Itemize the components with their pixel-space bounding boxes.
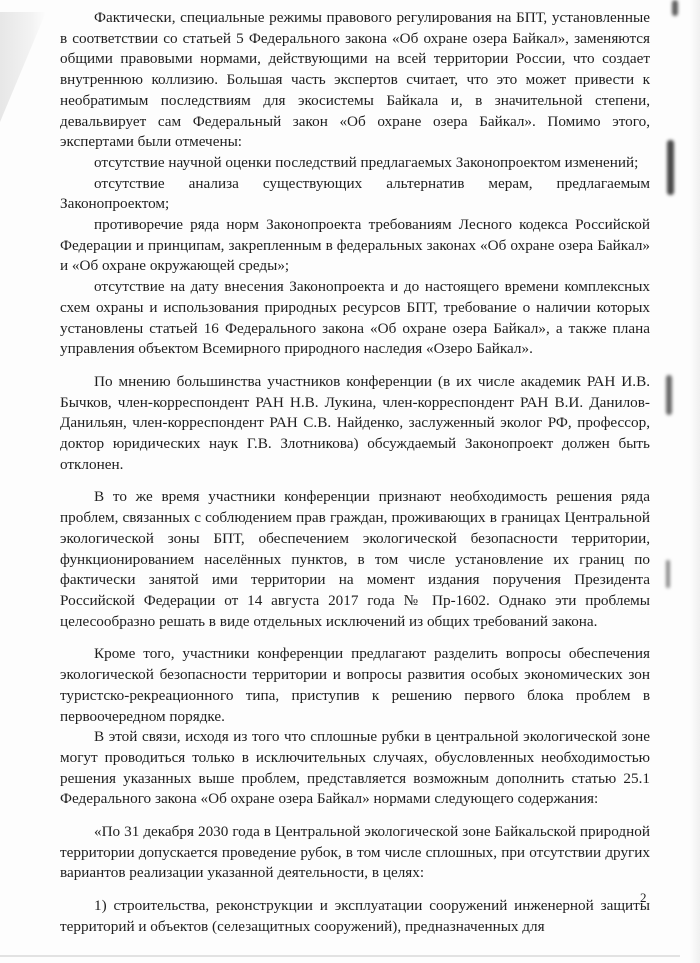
paragraph-special-regimes: Фактически, специальные режимы правового… (60, 8, 650, 153)
document-body: Фактически, специальные режимы правового… (60, 8, 650, 938)
paragraph-amendment-proposal: В этой связи, исходя из того что сплошны… (60, 727, 650, 810)
paragraph-quoted-norm: «По 31 декабря 2030 года в Центральной э… (60, 822, 650, 884)
list-item-no-alternatives-analysis: отсутствие анализа существующих альтерна… (60, 174, 650, 215)
paragraph-majority-opinion: По мнению большинства участников конфере… (60, 372, 650, 476)
scan-smudge (666, 375, 672, 415)
scan-bottom-edge (0, 955, 680, 957)
scan-edge-shadow (690, 0, 700, 963)
page-number: 2 (640, 890, 647, 906)
list-item-no-scientific-assessment: отсутствие научной оценки последствий пр… (60, 153, 650, 174)
list-item-no-complex-schemes: отсутствие на дату внесения Законопроект… (60, 277, 650, 360)
scan-smudge (672, 0, 678, 16)
scan-smudge (667, 140, 674, 195)
document-page: Фактически, специальные режимы правового… (0, 0, 700, 963)
scan-fold-artifact (0, 12, 46, 122)
paragraph-participants-propose: Кроме того, участники конференции предла… (60, 644, 650, 727)
scan-smudge (666, 560, 670, 588)
list-item-engineering-protection: 1) строительства, реконструкции и эксплу… (60, 896, 650, 937)
list-item-contradiction-forest-code: противоречие ряда норм Законопроекта тре… (60, 215, 650, 277)
paragraph-participants-recognize: В то же время участники конференции приз… (60, 487, 650, 632)
